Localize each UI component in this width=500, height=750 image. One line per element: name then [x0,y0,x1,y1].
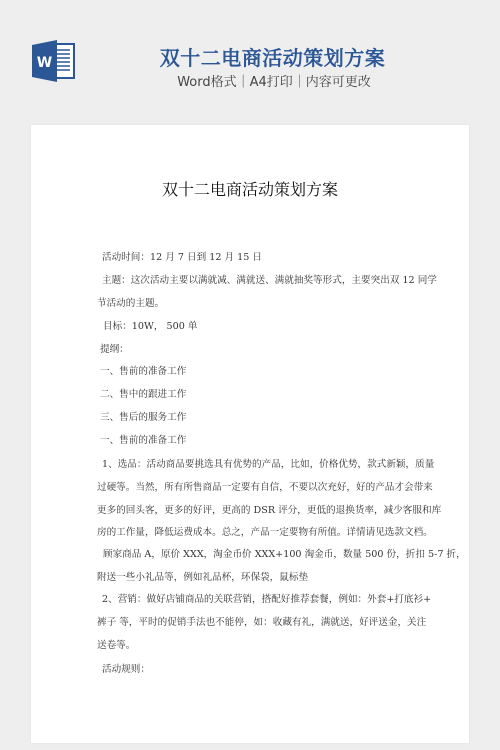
paragraph-line: 房的工作量，降低运费成本。总之，产品一定要物有所值。详情请见选款文档。 [97,526,433,540]
paragraph-line: 更多的回头客，更多的好评，更高的 DSR 评分，更低的退换货率，减少客服和库 [97,504,441,518]
header-title: 双十二电商活动策划方案 [0,45,500,71]
header-subtitle: Word格式｜A4打印｜内容可更改 [0,73,500,93]
paragraph-line: 主题：这次活动主要以满就减、满就送、满就抽奖等形式，主要突出双 12 同学 [102,274,437,288]
section-heading: 一、售前的准备工作 [100,434,186,448]
paragraph-line: 过硬等。当然，所有所售商品一定要有自信，不要以次充好，好的产品才会带来 [97,481,433,495]
paragraph-line: 顾家商品 A，原价 XXX，淘金币价 XXX+100 淘金币，数量 500 份，… [103,548,466,562]
paragraph-line: 裤子 等，平时的促销手法也不能停，如：收藏有礼，满就送，好评送金，关注 [97,616,426,630]
paragraph-line: 2、营销：做好店铺商品的关联营销，搭配好推荐套餐，例如：外套+打底衫+ [102,593,431,607]
paragraph-line: 活动时间：12 月 7 日到 12 月 15 日 [102,251,262,265]
paragraph-line: 附送一些小礼品等，例如礼品杯，环保袋，鼠标垫 [97,571,308,585]
paragraph-line: 节活动的主题。 [97,297,164,311]
document-page: 双十二电商活动策划方案 活动时间：12 月 7 日到 12 月 15 日 主题：… [31,125,469,743]
outline-item: 一、售前的准备工作 [100,365,186,379]
document-title: 双十二电商活动策划方案 [31,179,469,201]
paragraph-line: 1、选品：活动商品要挑选具有优势的产品，比如，价格优势，款式新颖，质量 [102,458,434,472]
section-heading: 活动规则： [102,663,150,677]
paragraph-line: 提纲： [100,343,129,357]
outline-item: 二、售中的跟进工作 [100,388,186,402]
paragraph-line: 送卷等。 [97,639,135,653]
header-banner: W 双十二电商活动策划方案 Word格式｜A4打印｜内容可更改 [0,0,500,120]
paragraph-line: 目标：10W， 500 单 [103,320,197,334]
outline-item: 三、售后的服务工作 [100,411,186,425]
